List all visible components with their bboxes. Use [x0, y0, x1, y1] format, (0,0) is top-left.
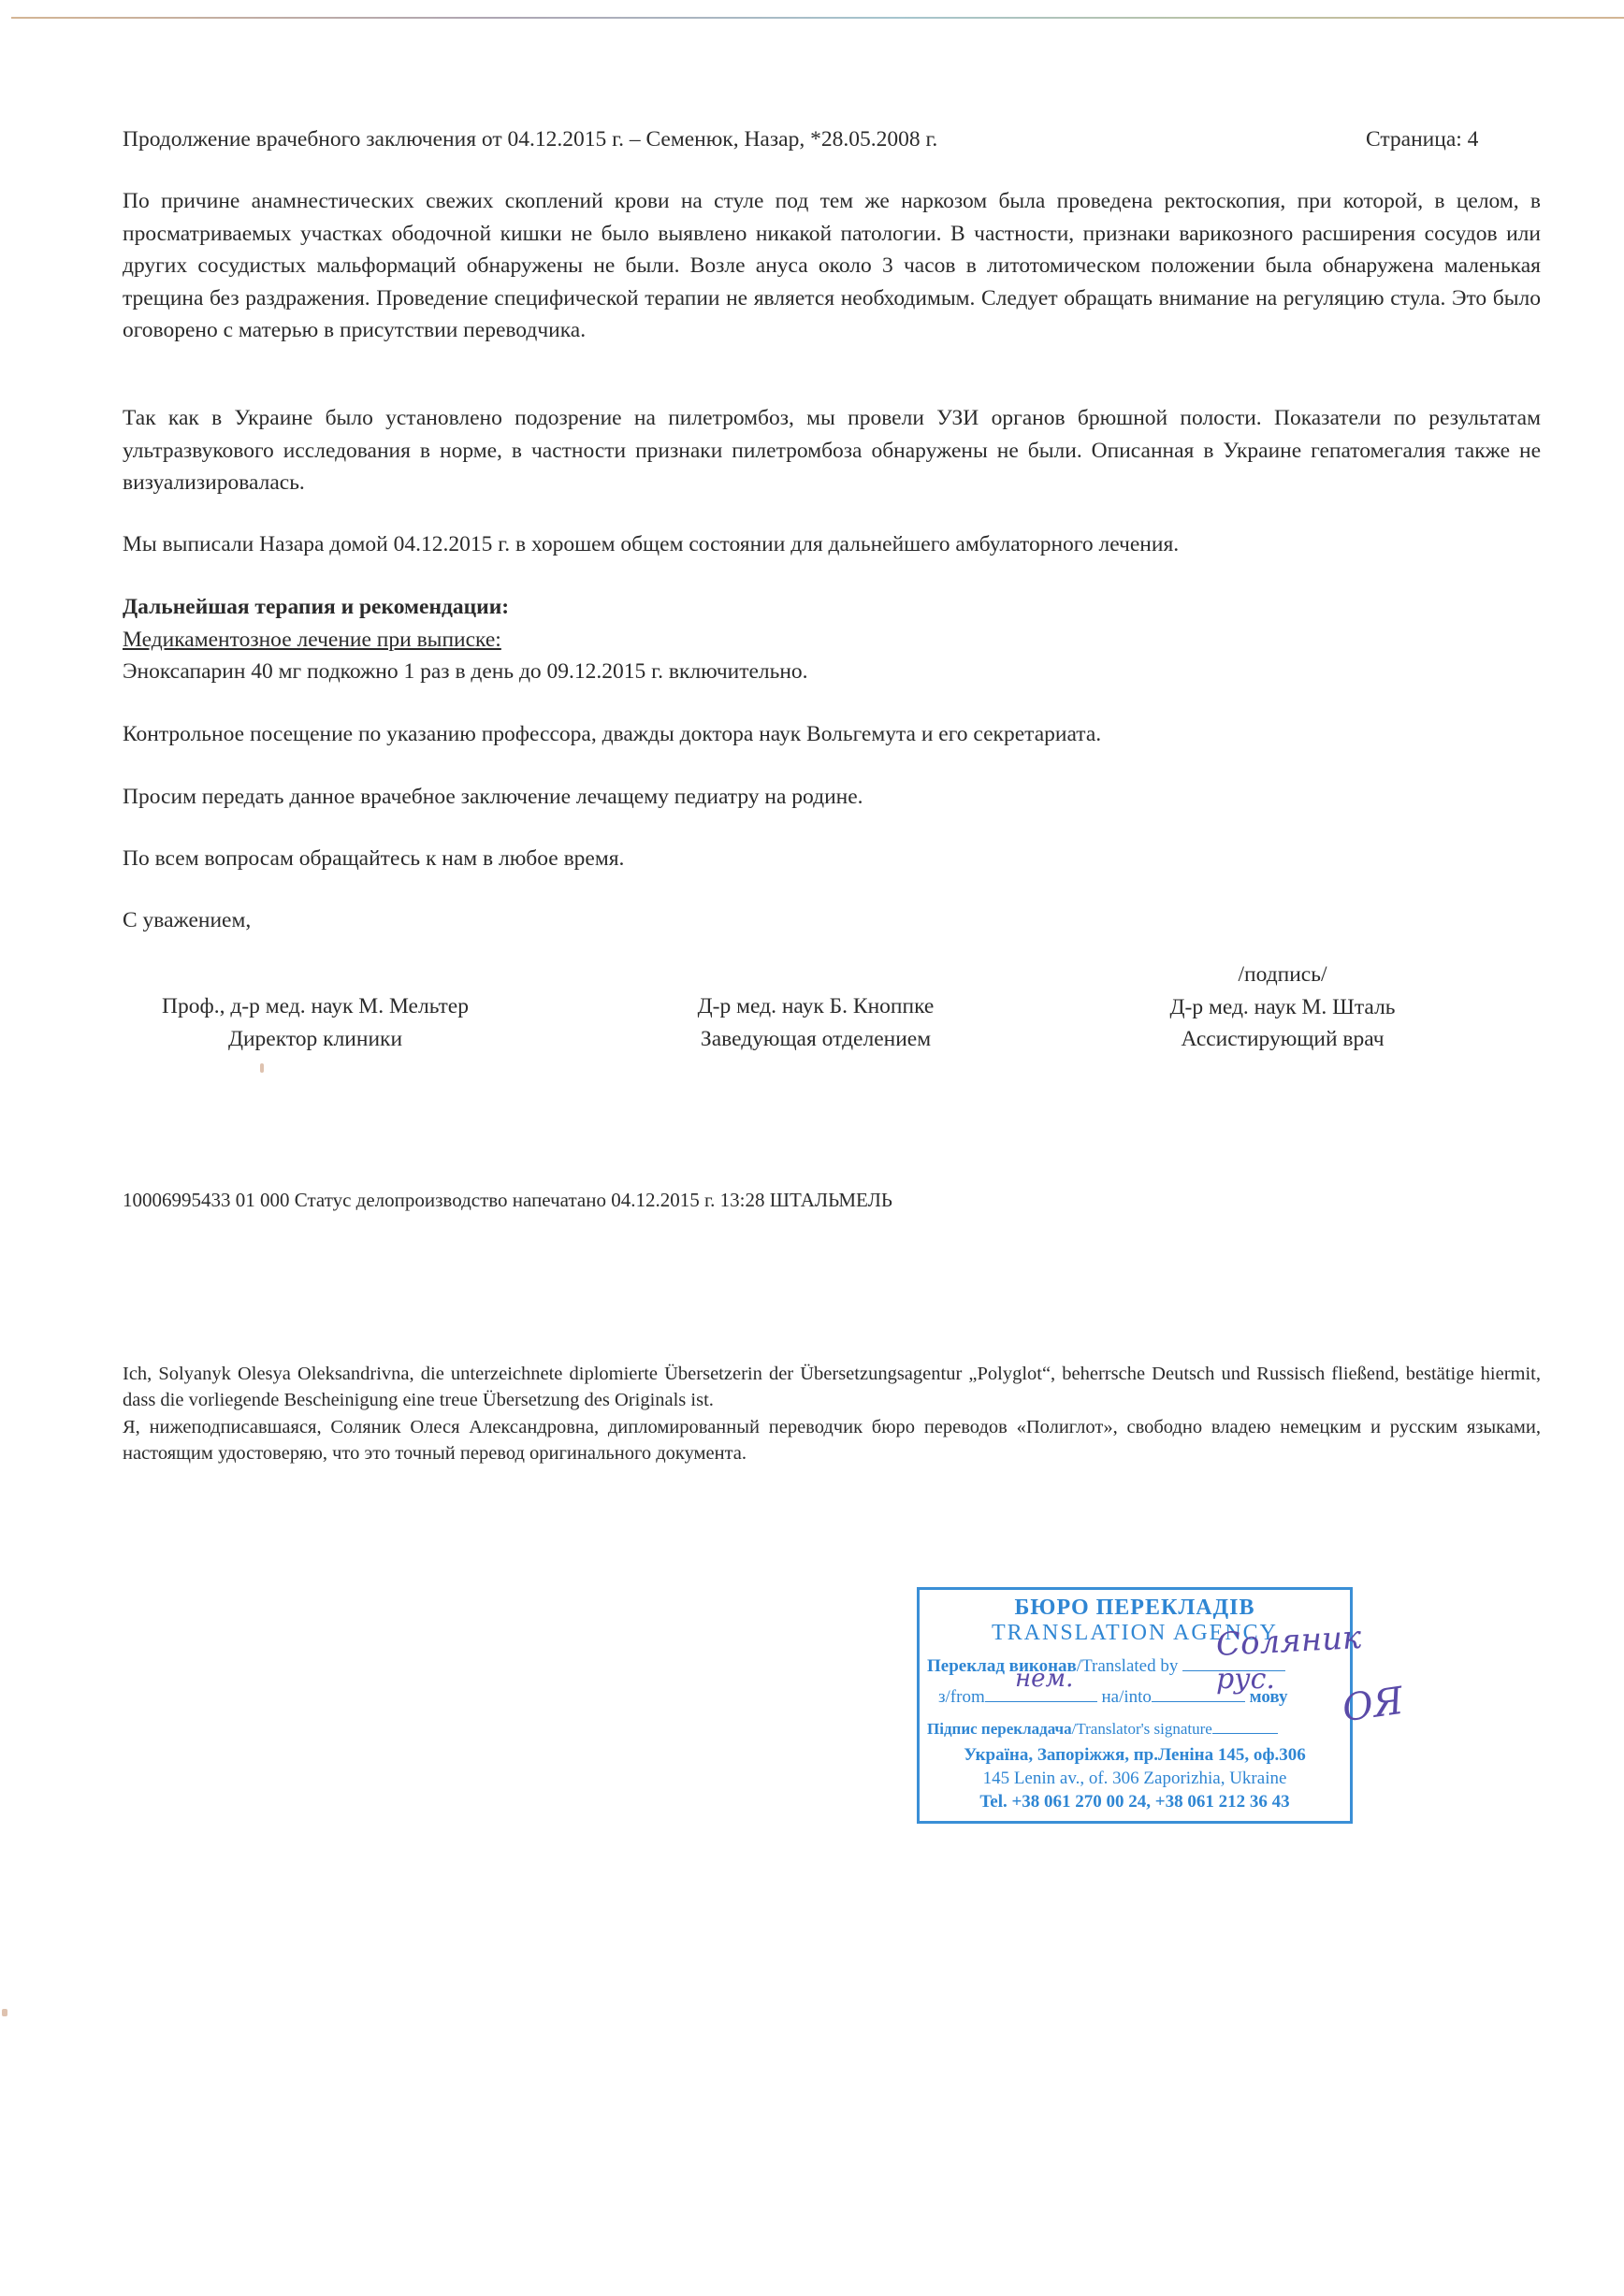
stamp-signature-ua: Підпис перекладача	[927, 1720, 1072, 1738]
stamp-translated-by-en: /Translated by	[1077, 1656, 1179, 1676]
control-visit-text: Контрольное посещение по указанию профес…	[123, 718, 1541, 751]
stamp-signature-row: Підпис перекладача/Translator's signatur…	[927, 1718, 1342, 1739]
stamp-signature-blank	[1212, 1718, 1278, 1734]
print-status-line: 10006995433 01 000 Статус делопроизводст…	[123, 1186, 892, 1214]
forward-request-text: Просим передать данное врачебное заключе…	[123, 781, 1541, 814]
therapy-subheading: Медикаментозное лечение при выписке:	[123, 624, 501, 657]
continuation-title: Продолжение врачебного заключения от 04.…	[123, 125, 937, 153]
paragraph-discharge: Мы выписали Назара домой 04.12.2015 г. в…	[123, 528, 1541, 561]
scan-top-border	[11, 17, 1624, 19]
handwritten-into-language: рус.	[1216, 1663, 1275, 1696]
handwritten-translator-name: Соляник	[1215, 1619, 1362, 1664]
handwritten-signature: ОЯ	[1340, 1680, 1406, 1731]
signatory-role: Ассистирующий врач	[1114, 1023, 1451, 1056]
signatory-name: Д-р мед. наук М. Шталь	[1114, 991, 1451, 1024]
stamp-language-row: з/from на/into мову	[938, 1686, 1342, 1708]
page-number: Страница: 4	[1366, 125, 1478, 153]
stamp-agency-name-ua: БЮРО ПЕРЕКЛАДІВ	[920, 1596, 1350, 1621]
stamp-signature-en: /Translator's signature	[1072, 1720, 1212, 1738]
signatory-name: Д-р мед. наук Б. Кноппке	[657, 990, 975, 1023]
handwritten-from-language: нем.	[1015, 1665, 1073, 1693]
stamp-address-ua: Україна, Запоріжжя, пр.Леніна 145, оф.30…	[920, 1745, 1350, 1766]
stamp-address-en: 145 Lenin av., of. 306 Zaporizhia, Ukrai…	[920, 1769, 1350, 1789]
paragraph-ultrasound: Так как в Украине было установлено подоз…	[123, 402, 1541, 499]
therapy-heading: Дальнейшая терапия и рекомендации:	[123, 591, 1541, 624]
signature-note: /подпись/	[1114, 959, 1451, 991]
signature-block-director: Проф., д-р мед. наук М. Мельтер Директор…	[156, 990, 474, 1055]
scan-speck	[260, 1063, 264, 1073]
scan-speck	[2, 2009, 7, 2016]
contact-text: По всем вопросам обращайтесь к нам в люб…	[123, 843, 1541, 875]
certification-russian: Я, нижеподписавшаяся, Соляник Олеся Алек…	[123, 1414, 1541, 1466]
signatory-role: Заведующая отделением	[657, 1023, 975, 1056]
signatory-name: Проф., д-р мед. наук М. Мельтер	[156, 990, 474, 1023]
regards-text: С уважением,	[123, 904, 1541, 937]
certification-german: Ich, Solyanyk Olesya Oleksandrivna, die …	[123, 1361, 1541, 1413]
signatory-role: Директор клиники	[156, 1023, 474, 1056]
stamp-from-label: з/from	[938, 1687, 985, 1707]
signature-block-head: Д-р мед. наук Б. Кноппке Заведующая отде…	[657, 990, 975, 1055]
stamp-into-label: на/into	[1101, 1687, 1151, 1707]
stamp-phones: Tel. +38 061 270 00 24, +38 061 212 36 4…	[920, 1792, 1350, 1812]
paragraph-rectoscopy: По причине анамнестических свежих скопле…	[123, 185, 1541, 347]
medication-line: Эноксапарин 40 мг подкожно 1 раз в день …	[123, 656, 1541, 688]
signature-block-assistant: /подпись/ Д-р мед. наук М. Шталь Ассисти…	[1114, 959, 1451, 1056]
